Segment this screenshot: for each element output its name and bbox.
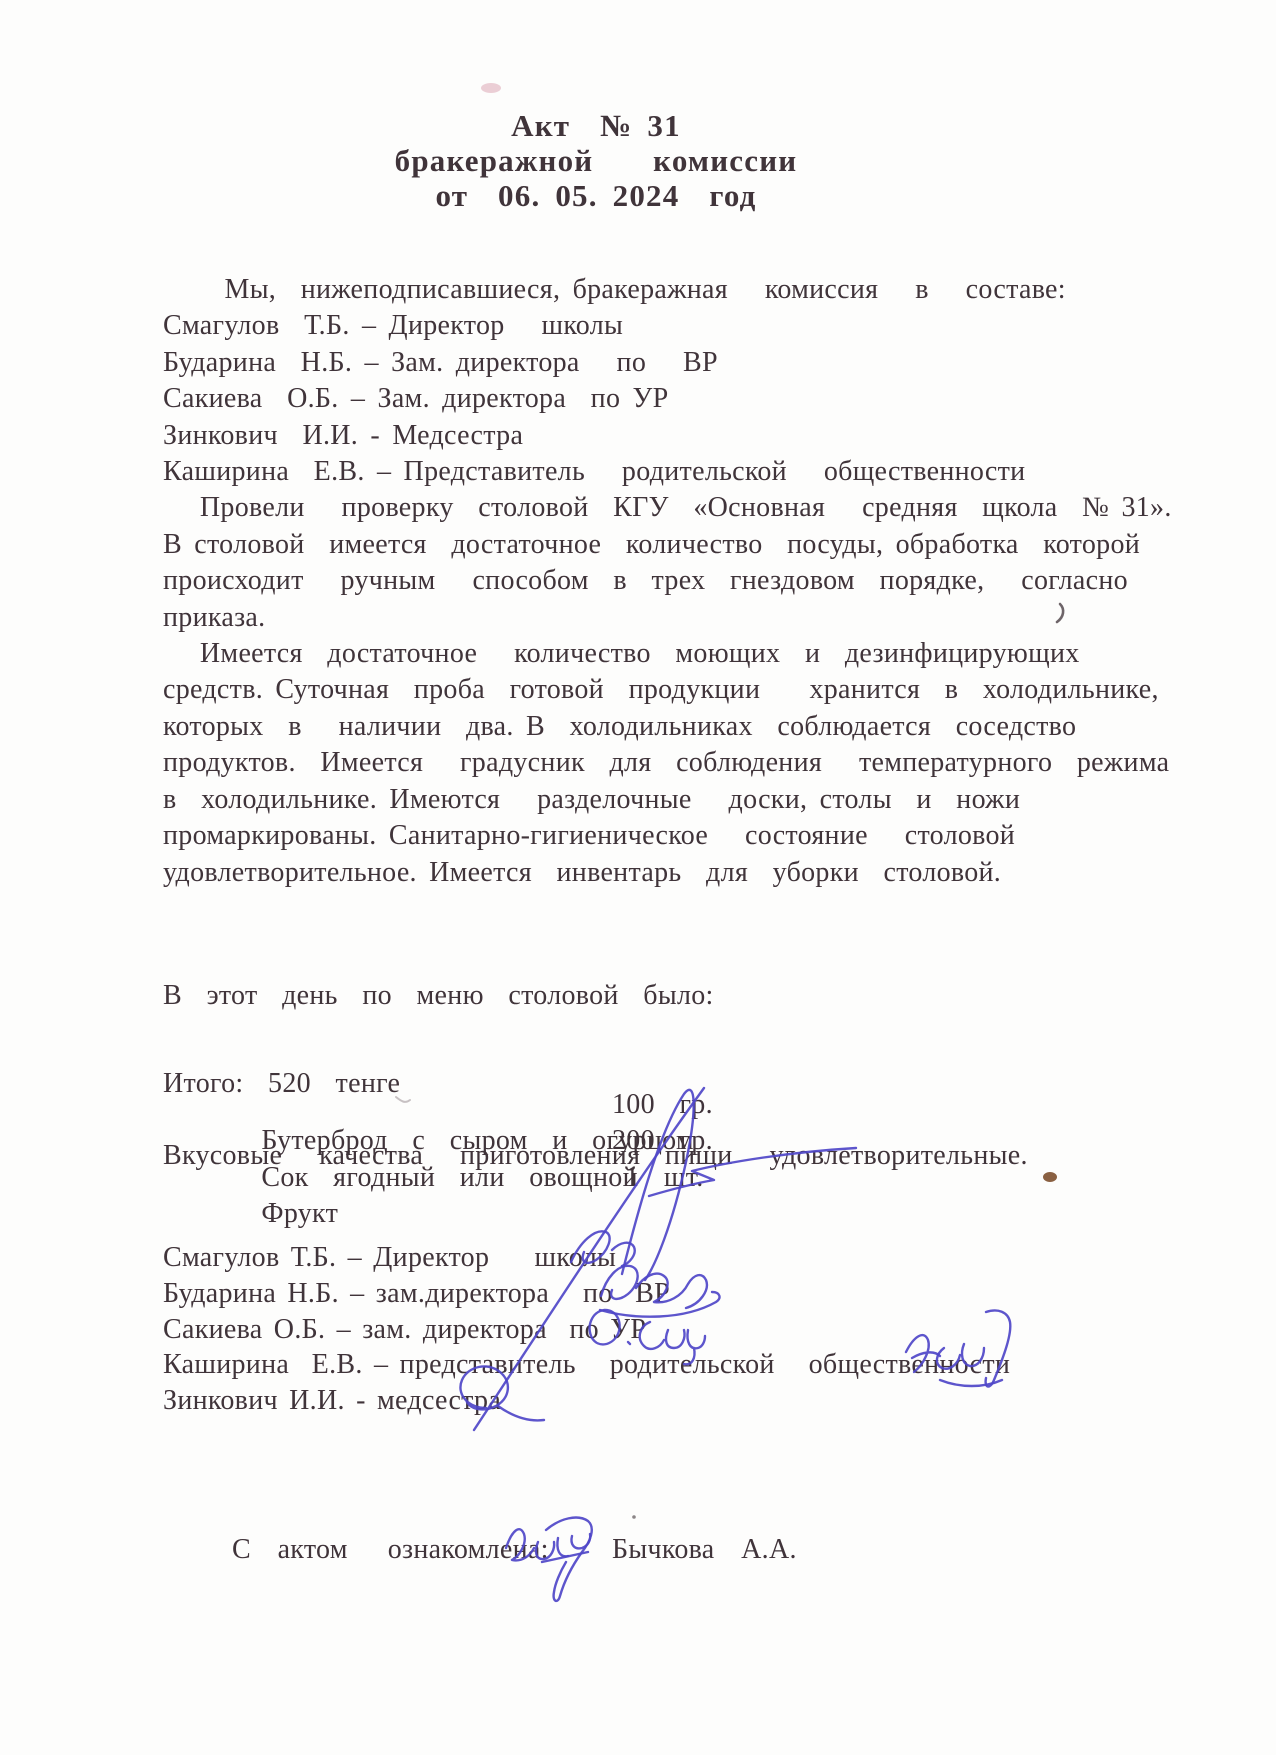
body-line: промаркированы. Санитарно-гигиеническое … [163, 818, 1213, 854]
quality-line: Вкусовые качества приготовления пищи удо… [163, 1140, 1028, 1172]
signature-line: Сакиева О.Б. – зам. директора по УР [163, 1312, 1163, 1348]
body-line: средств. Суточная проба готовой продукци… [163, 672, 1213, 708]
acknowledgment-line: С актом ознакомлена: Бычкова А.А. [0, 1534, 1276, 1574]
bottom-dot-artifact [632, 1515, 636, 1519]
body-line: Имеется достаточное количество моющих и … [163, 636, 1213, 672]
document-title: Акт № 31бракеражной комиссииот 06. 05. 2… [0, 108, 1192, 213]
body-line: Зинкович И.И. - Медсестра [163, 418, 1213, 454]
signature-line: Бударина Н.Б. – зам.директора по ВР [163, 1276, 1163, 1312]
menu-item-name: Фрукт [261, 1198, 338, 1229]
body-line: Сакиева О.Б. – Зам. директора по УР [163, 381, 1213, 417]
body-line: Смагулов Т.Б. – Директор школы [163, 308, 1213, 344]
document-page: Акт № 31бракеражной комиссииот 06. 05. 2… [0, 0, 1276, 1755]
body-line: Каширина Е.В. – Представитель родительск… [163, 454, 1213, 490]
signature-line: Каширина Е.В. – представитель родительск… [163, 1347, 1163, 1383]
body-line: Мы, нижеподписавшиеся, бракеражная комис… [163, 272, 1213, 308]
body-line: происходит ручным способом в трех гнездо… [163, 563, 1213, 599]
body-line: продуктов. Имеется градусник для соблюде… [163, 745, 1213, 781]
acknowledged-by-name: Бычкова А.А. [612, 1534, 797, 1566]
total-line: Итого: 520 тенге [163, 1068, 400, 1100]
acknowledgment-label: С актом ознакомлена: [232, 1534, 549, 1566]
document-body: Мы, нижеподписавшиеся, бракеражная комис… [163, 272, 1213, 891]
title-line: от 06. 05. 2024 год [0, 178, 1192, 213]
signature-line: Зинкович И.И. - медсестра [163, 1383, 1163, 1419]
body-line: которых в наличии два. В холодильниках с… [163, 709, 1213, 745]
body-line: В столовой имеется достаточное количеств… [163, 527, 1213, 563]
body-line: удовлетворительное. Имеется инвентарь дл… [163, 855, 1213, 891]
title-line: бракеражной комиссии [0, 143, 1192, 178]
signature-line: Смагулов Т.Б. – Директор школы [163, 1240, 1163, 1276]
menu-item-qty: 100 гр. [612, 1087, 713, 1123]
menu-heading: В этот день по меню столовой было: [163, 978, 1063, 1014]
body-line: Бударина Н.Б. – Зам. директора по ВР [163, 345, 1213, 381]
body-line: приказа. [163, 600, 1213, 636]
title-line: Акт № 31 [0, 108, 1192, 143]
pink-smudge-artifact [481, 83, 501, 93]
signature-block: Смагулов Т.Б. – Директор школыБударина Н… [163, 1240, 1163, 1419]
body-line: Провели проверку столовой КГУ «Основная … [163, 490, 1213, 526]
body-line: в холодильнике. Имеются разделочные доск… [163, 782, 1213, 818]
